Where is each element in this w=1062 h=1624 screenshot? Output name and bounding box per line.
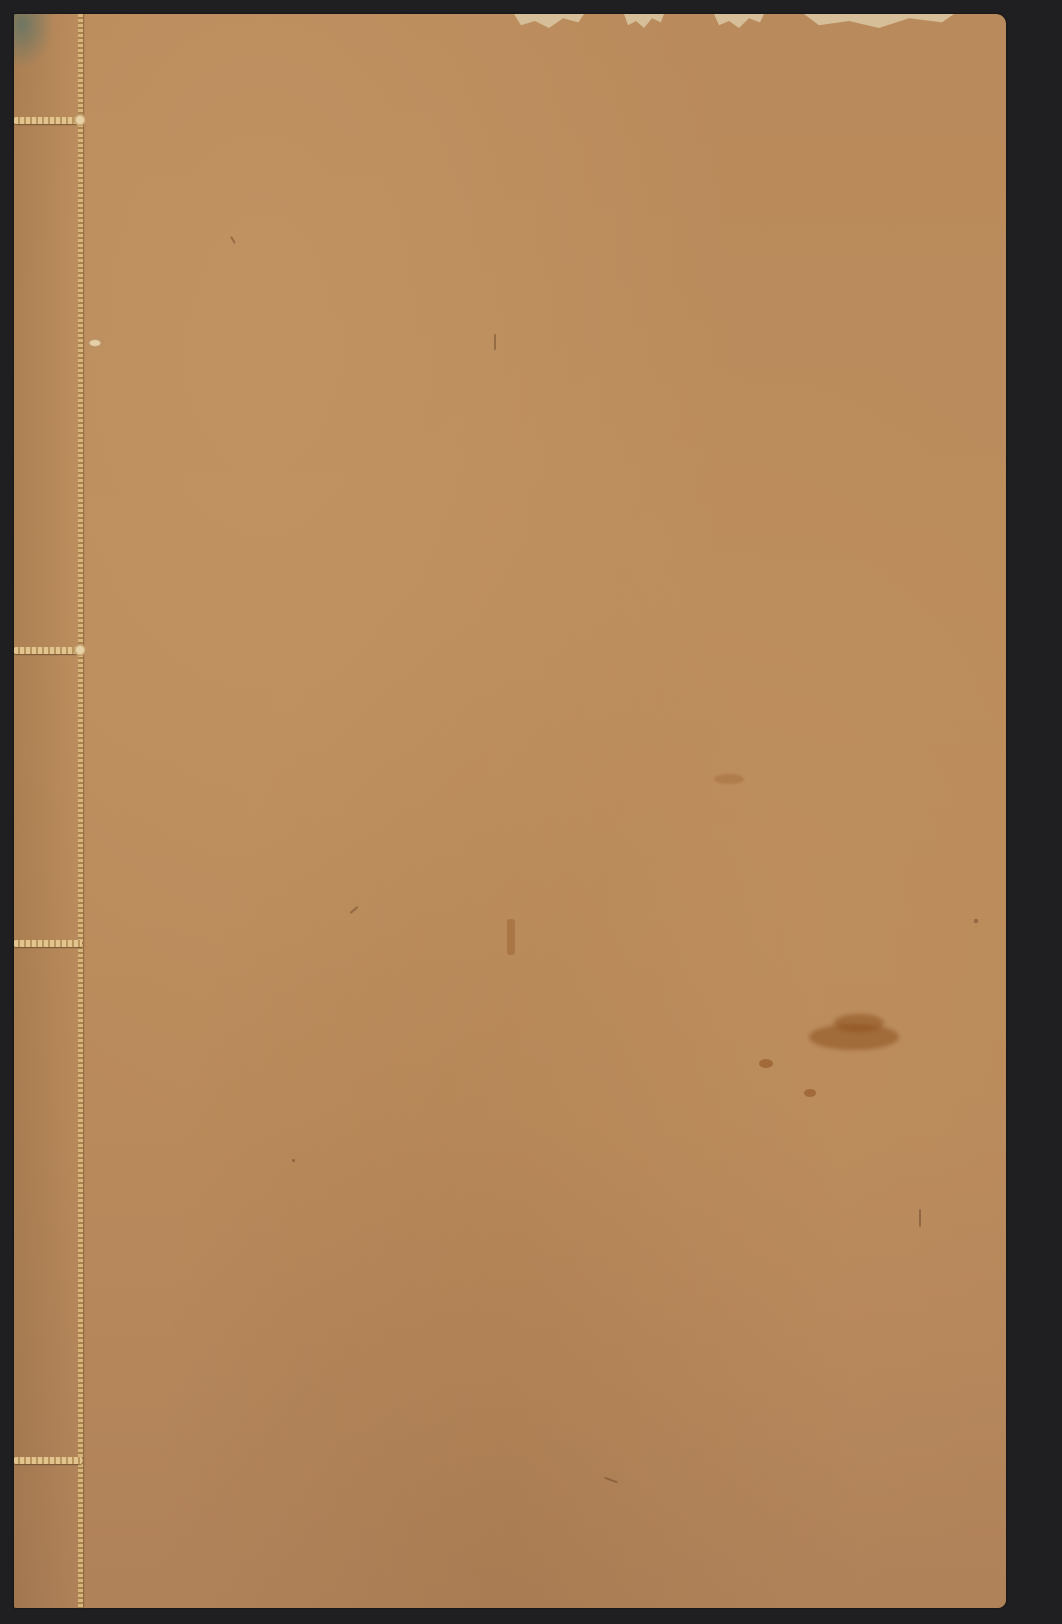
fleck — [350, 906, 359, 914]
stain — [507, 919, 515, 955]
thread-knot — [74, 114, 86, 126]
stain — [714, 774, 744, 784]
spine-shading — [14, 14, 84, 1608]
stain — [759, 1059, 773, 1068]
fleck — [494, 334, 496, 350]
torn-edge — [804, 14, 954, 28]
binding-stitch — [14, 1457, 82, 1464]
spine-thread — [78, 14, 83, 1608]
torn-edge — [714, 14, 764, 28]
fleck — [919, 1209, 921, 1227]
binding-stitch — [14, 940, 82, 947]
book-cover — [14, 14, 1006, 1608]
fleck — [230, 236, 236, 244]
stain — [804, 1089, 816, 1097]
discoloration-corner — [14, 14, 54, 69]
stain — [834, 1014, 884, 1032]
binding-hole — [88, 339, 102, 347]
fleck — [292, 1159, 295, 1162]
torn-edge — [624, 14, 664, 28]
fleck — [604, 1477, 618, 1484]
torn-edge — [514, 14, 584, 28]
binding-stitch — [14, 117, 82, 124]
fleck — [974, 919, 978, 923]
thread-knot — [74, 644, 86, 656]
binding-stitch — [14, 647, 82, 654]
